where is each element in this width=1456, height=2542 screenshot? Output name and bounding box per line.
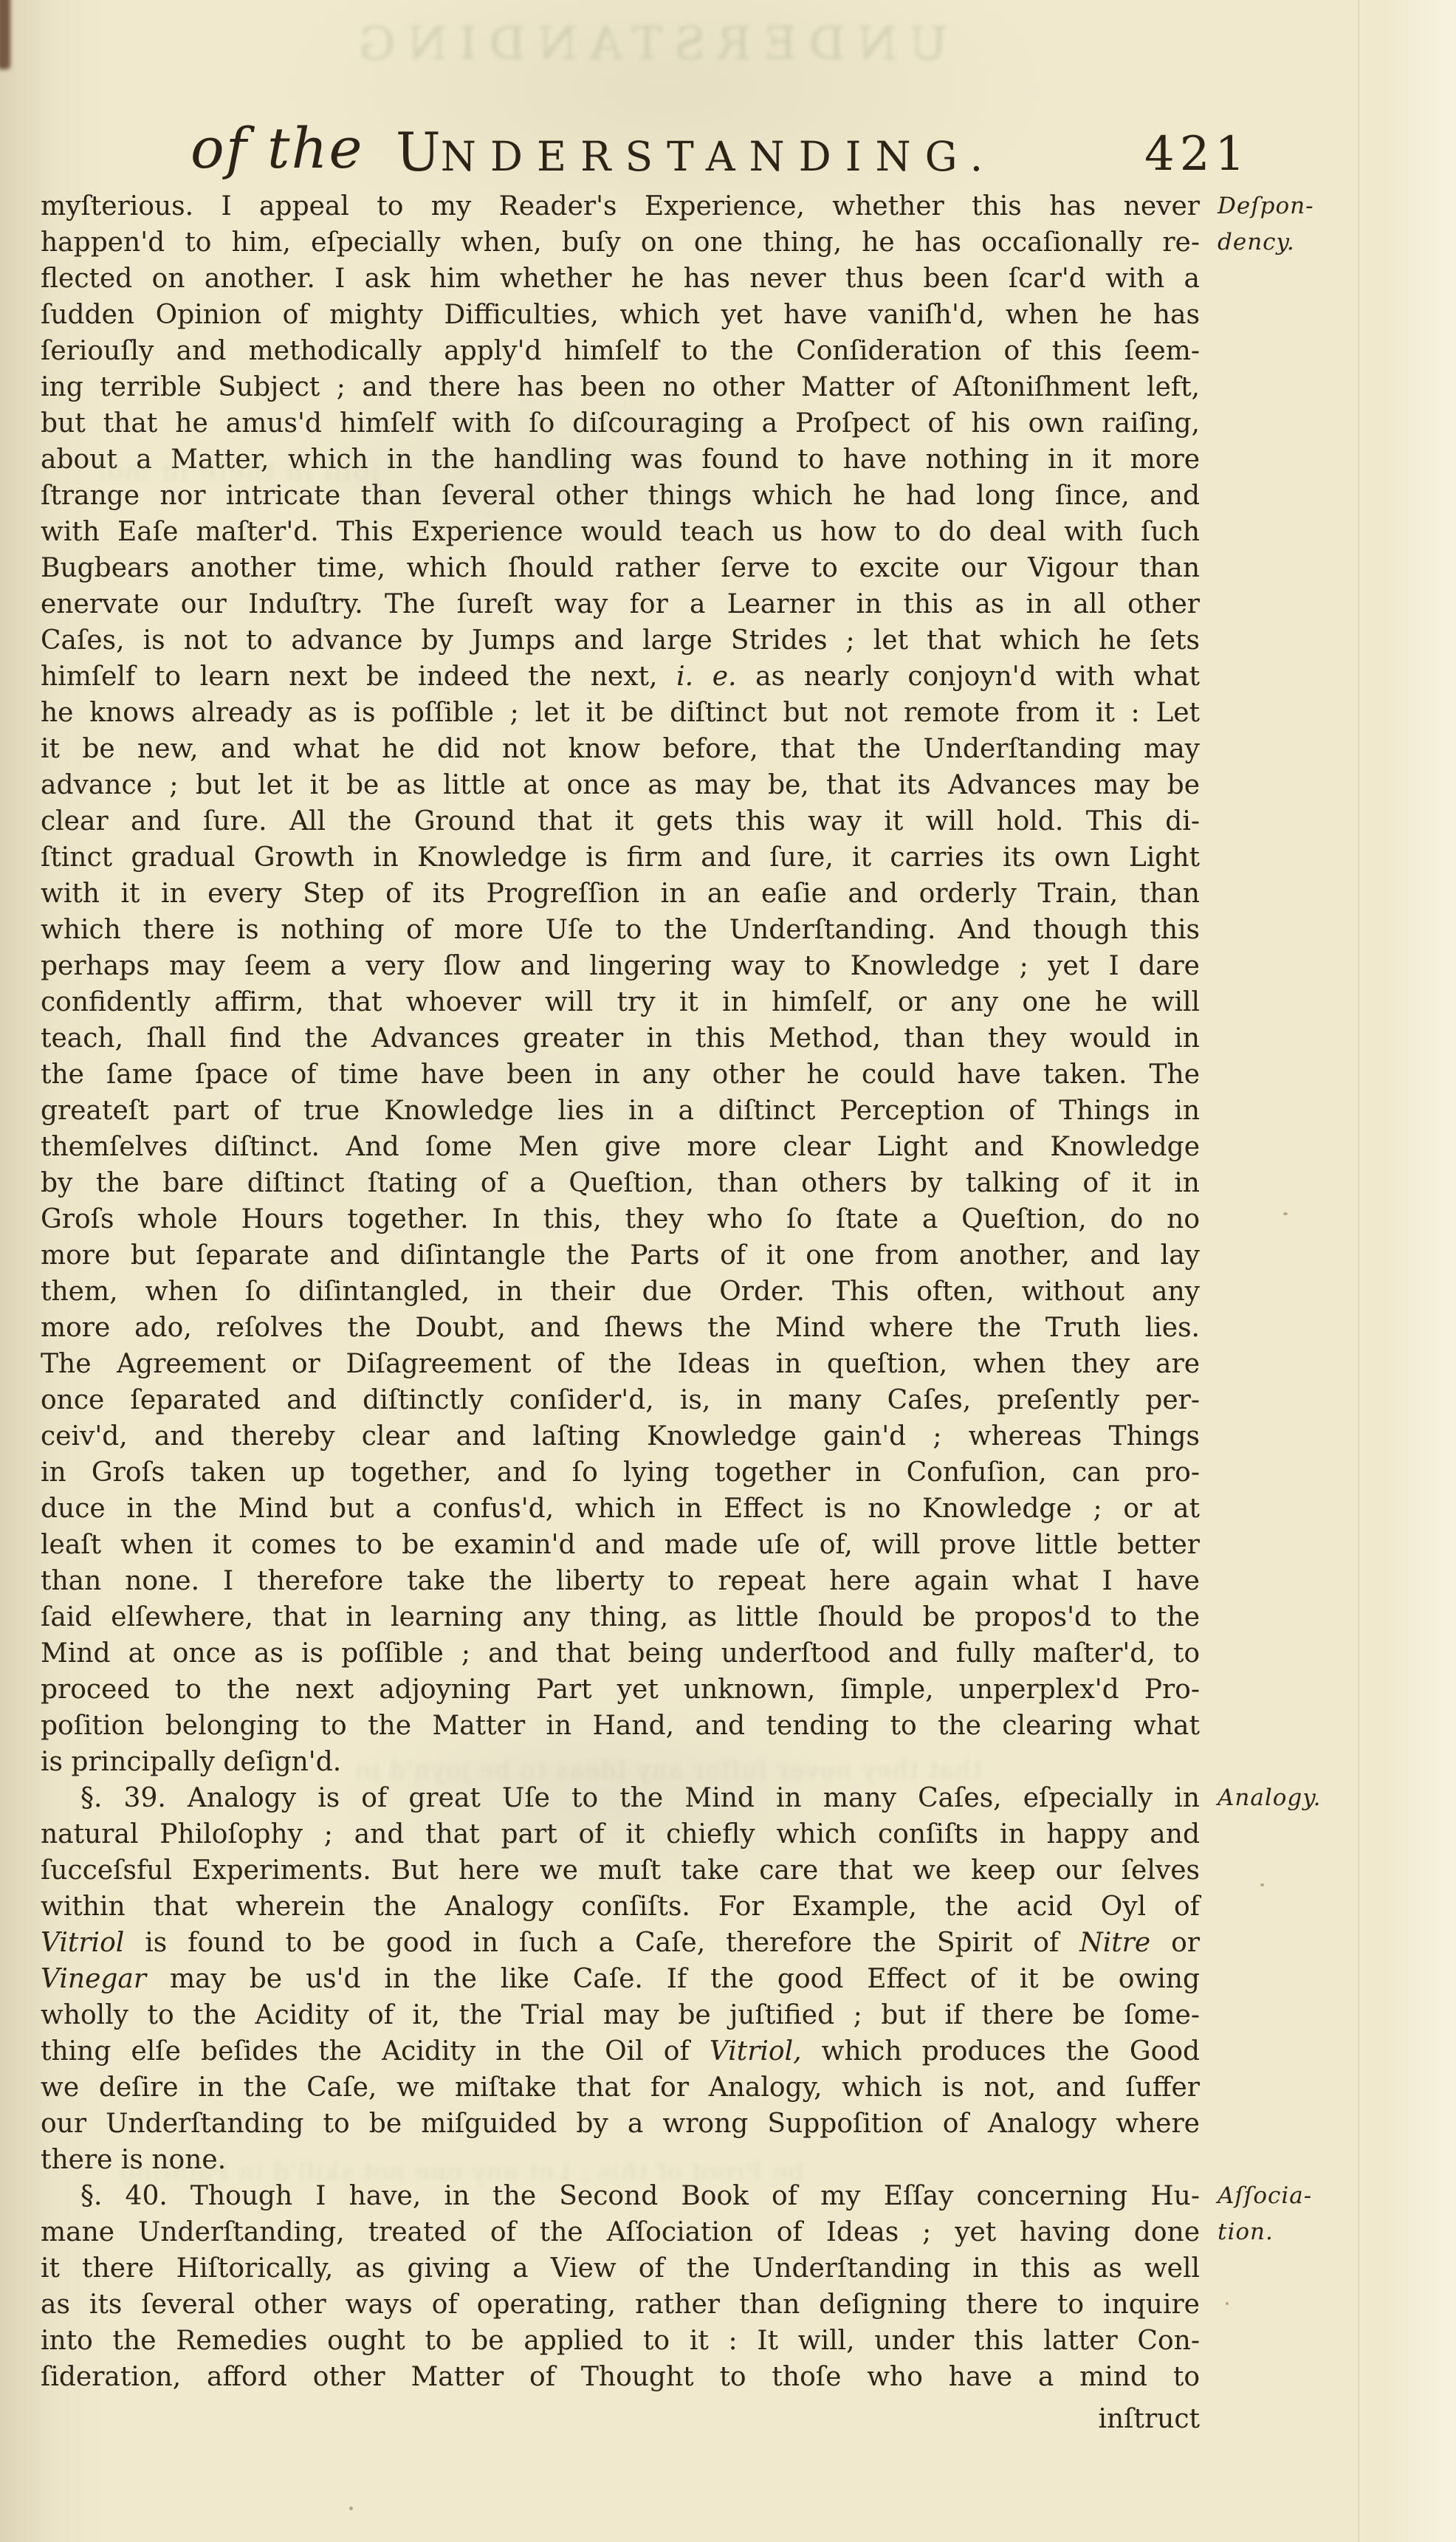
text-line: than none. I therefore take the liberty …	[41, 1563, 1200, 1599]
text-line: enervate our Induſtry. The ſureſt way fo…	[41, 586, 1200, 622]
ghost-showthrough-text: be Proof of this ; Let any one not skill…	[118, 2157, 804, 2187]
catchword-row: inſtruct	[41, 2401, 1200, 2437]
text-line: more ado, reſolves the Doubt, and ſhews …	[41, 1310, 1200, 1346]
text-line: in Groſs taken up together, and ſo lying…	[41, 1454, 1200, 1491]
text-line: more but ſeparate and diſintangle the Pa…	[41, 1237, 1200, 1274]
catchword: inſtruct	[1098, 2404, 1200, 2434]
text-line: with Eaſe maſter'd. This Experience woul…	[41, 514, 1200, 550]
text-line: Groſs whole Hours together. In this, the…	[41, 1201, 1200, 1237]
gutter-corner-mark	[0, 0, 10, 69]
text-line: ſucceſsful Experiments. But here we muſt…	[41, 1852, 1200, 1889]
text-line: but that he amus'd himſelf with ſo diſco…	[41, 405, 1200, 442]
page-crease	[1358, 0, 1359, 2542]
text-line: clear and ſure. All the Ground that it g…	[41, 803, 1200, 839]
body-text: myſterious. I appeal to my Reader's Expe…	[41, 188, 1200, 2395]
text-line: proceed to the next adjoyning Part yet u…	[41, 1672, 1200, 1708]
text-line: confidently affirm, that whoever will tr…	[41, 984, 1200, 1020]
text-line: §. 39. Analogy is of great Uſe to the Mi…	[41, 1780, 1200, 1816]
text-line: The Agreement or Diſagreement of the Ide…	[41, 1346, 1200, 1382]
text-line: mane Underſtanding, treated of the Aſſoc…	[41, 2214, 1200, 2250]
text-line: by the bare diſtinct ſtating of a Queſti…	[41, 1165, 1200, 1201]
text-line: themſelves diſtinct. And ſome Men give m…	[41, 1129, 1200, 1165]
text-line: wholly to the Acidity of it, the Trial m…	[41, 1997, 1200, 2033]
text-line: duce in the Mind but a confus'd, which i…	[41, 1491, 1200, 1527]
text-line: as its ſeveral other ways of operating, …	[41, 2287, 1200, 2323]
text-line: ſudden Opinion of mighty Difficulties, w…	[41, 297, 1200, 333]
text-line: poſition belonging to the Matter in Hand…	[41, 1708, 1200, 1744]
text-line: Caſes, is not to advance by Jumps and la…	[41, 622, 1200, 659]
running-title-italic: of the	[190, 115, 364, 181]
text-line: ſeriouſly and methodically apply'd himſe…	[41, 333, 1200, 369]
margin-note: dency.	[1218, 224, 1295, 261]
page-number: 421	[1144, 127, 1250, 182]
running-title-caps: UNDERSTANDING.	[396, 121, 997, 183]
margin-note: tion.	[1218, 2214, 1274, 2250]
text-line: our Underſtanding to be miſguided by a w…	[41, 2106, 1200, 2142]
text-line: happen'd to him, eſpecially when, buſy o…	[41, 224, 1200, 261]
book-page: of the UNDERSTANDING. 421 myſterious. I …	[0, 0, 1456, 2542]
paper-speck	[349, 2507, 353, 2510]
text-line: flected on another. I ask him whether he…	[41, 261, 1200, 297]
text-line: them, when ſo diſintangled, in their due…	[41, 1274, 1200, 1310]
text-line: Mind at once as is poſſible ; and that b…	[41, 1635, 1200, 1672]
text-line: teach, ſhall find the Advances greater i…	[41, 1020, 1200, 1057]
text-line: advance ; but let it be as little at onc…	[41, 767, 1200, 803]
ghost-showthrough-text: UNDERSTANDING	[347, 16, 948, 70]
text-line: myſterious. I appeal to my Reader's Expe…	[41, 188, 1200, 224]
ghost-showthrough-text: join in theſe in mol	[96, 456, 380, 487]
paper-speck	[1283, 1212, 1288, 1215]
text-line: ſtinct gradual Growth in Knowledge is fi…	[41, 839, 1200, 876]
text-line: leaſt when it comes to be examin'd and m…	[41, 1527, 1200, 1563]
margin-note: Deſpon-	[1218, 188, 1314, 224]
text-line: himſelf to learn next be indeed the next…	[41, 659, 1200, 695]
paper-speck	[1226, 2302, 1229, 2305]
text-line: Vinegar may be us'd in the like Caſe. If…	[41, 1961, 1200, 1997]
text-line: which there is nothing of more Uſe to th…	[41, 912, 1200, 948]
text-line: the ſame ſpace of time have been in any …	[41, 1057, 1200, 1093]
paper-speck	[1260, 1883, 1264, 1886]
text-line: perhaps may ſeem a very ſlow and lingeri…	[41, 948, 1200, 984]
text-line: with it in every Step of its Progreſſion…	[41, 876, 1200, 912]
text-line: thing elſe beſides the Acidity in the Oi…	[41, 2033, 1200, 2069]
running-title-initial: U	[396, 121, 441, 183]
text-line: it there Hiſtorically, as giving a View …	[41, 2250, 1200, 2287]
text-line: Vitriol is found to be good in ſuch a Ca…	[41, 1925, 1200, 1961]
text-line: ing terrible Subject ; and there has bee…	[41, 369, 1200, 405]
text-line: into the Remedies ought to be applied to…	[41, 2323, 1200, 2359]
text-line: he knows already as is poſſible ; let it…	[41, 695, 1200, 731]
text-line: within that wherein the Analogy conſiſts…	[41, 1889, 1200, 1925]
text-line: we deſire in the Caſe, we miſtake that f…	[41, 2069, 1200, 2106]
ghost-showthrough-text: that they never ſuffer any Ideas to be j…	[354, 1756, 982, 1785]
margin-note: Aſſocia-	[1218, 2178, 1312, 2214]
text-line: greateſt part of true Knowledge lies in …	[41, 1093, 1200, 1129]
margin-note: Analogy.	[1218, 1780, 1322, 1816]
text-line: natural Philoſophy ; and that part of it…	[41, 1816, 1200, 1852]
text-line: ſaid elſewhere, that in learning any thi…	[41, 1599, 1200, 1635]
text-line: ceiv'd, and thereby clear and laſting Kn…	[41, 1418, 1200, 1454]
text-line: it be new, and what he did not know befo…	[41, 731, 1200, 767]
text-line: once ſeparated and diſtinctly conſider'd…	[41, 1382, 1200, 1418]
text-line: ſideration, afford other Matter of Thoug…	[41, 2359, 1200, 2395]
text-line: Bugbears another time, which ſhould rath…	[41, 550, 1200, 586]
running-title-rest: NDERSTANDING.	[441, 133, 997, 180]
